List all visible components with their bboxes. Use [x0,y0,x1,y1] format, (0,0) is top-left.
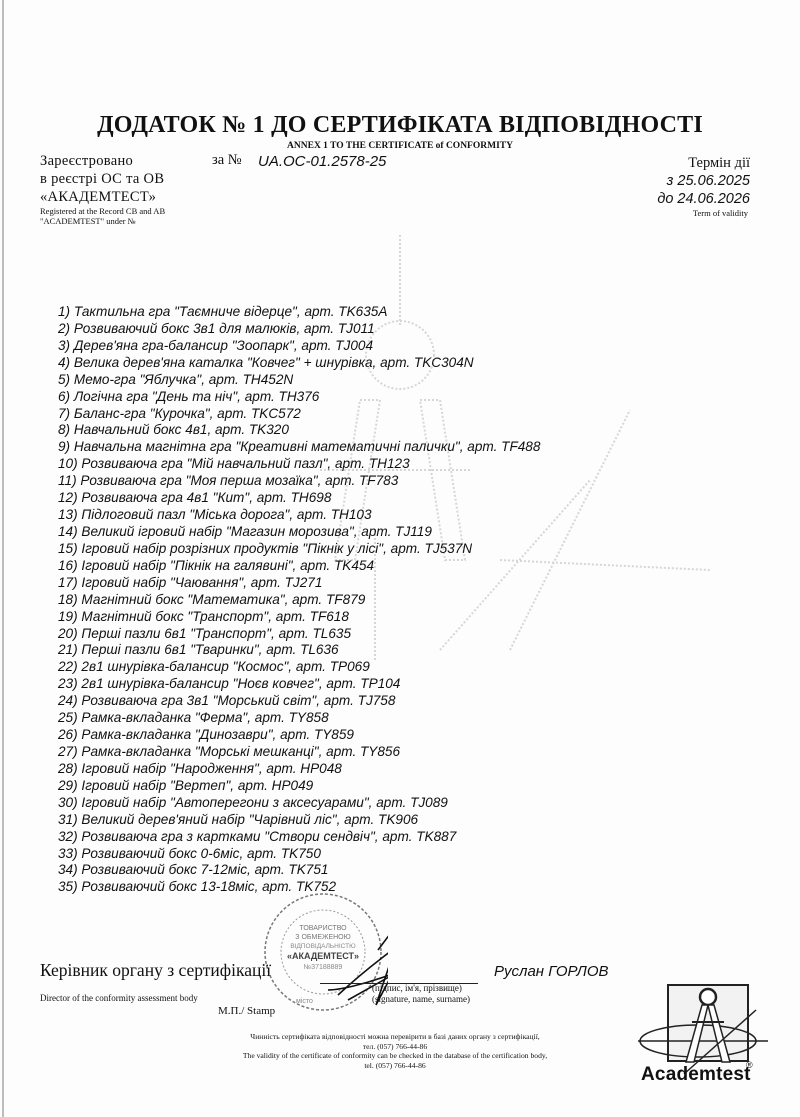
list-item: 13) Підлоговий пазл "Міська дорога", арт… [58,507,540,524]
validity-block: Термін дії з 25.06.2025 до 24.06.2026 Te… [657,154,750,218]
product-list: 1) Тактильна гра "Таємниче відерце", арт… [58,304,540,896]
document-title: ДОДАТОК № 1 ДО СЕРТИФІКАТА ВІДПОВІДНОСТІ [0,112,800,139]
footer-line-4: tel. (057) 766-44-86 [170,1061,620,1071]
validity-en-label: Term of validity [657,208,750,218]
signature-caption: (підпис, ім'я, прізвище) (signature, nam… [372,983,470,1005]
footer-notice: Чинність сертифіката відповідності можна… [170,1032,620,1071]
list-item: 14) Великий ігровий набір "Магазин мороз… [58,524,540,541]
list-item: 8) Навчальний бокс 4в1, арт. TK320 [58,422,540,439]
list-item: 23) 2в1 шнурівка-балансир "Ноєв ковчег",… [58,676,540,693]
certificate-number-label: за № [212,152,242,169]
svg-text:місто: місто [296,997,313,1005]
list-item: 31) Великий дерев'яний набір "Чарівний л… [58,812,540,829]
svg-text:З ОБМЕЖЕНОЮ: З ОБМЕЖЕНОЮ [295,934,350,941]
signature-caption-ua: (підпис, ім'я, прізвище) [372,983,470,994]
registered-line-2: в реєстрі ОС та ОВ [40,170,165,188]
list-item: 16) Ігровий набір "Пікнік на галявині", … [58,558,540,575]
list-item: 32) Розвиваюча гра з картками "Створи се… [58,829,540,846]
list-item: 3) Дерев'яна гра-балансир "Зоопарк", арт… [58,338,540,355]
logo-name: Academtest [641,1064,751,1086]
svg-text:ВІДПОВІДАЛЬНІСТЮ: ВІДПОВІДАЛЬНІСТЮ [290,943,356,950]
certificate-annex-page: ДОДАТОК № 1 ДО СЕРТИФІКАТА ВІДПОВІДНОСТІ… [0,0,800,1117]
validity-to: до 24.06.2026 [657,190,750,208]
document-subtitle: ANNEX 1 TO THE CERTIFICATE of CONFORMITY [0,141,800,151]
registered-en-line-1: Registered at the Record CB and AB [40,206,165,216]
list-item: 20) Перші пазли 6в1 "Транспорт", арт. TL… [58,626,540,643]
list-item: 22) 2в1 шнурівка-балансир "Космос", арт.… [58,659,540,676]
footer-line-1: Чинність сертифіката відповідності можна… [170,1032,620,1042]
signatory-name: Руслан ГОРЛОВ [494,963,609,980]
list-item: 2) Розвиваючий бокс 3в1 для малюків, арт… [58,321,540,338]
list-item: 27) Рамка-вкладанка "Морські мешканці", … [58,744,540,761]
certificate-number: UA.OC-01.2578-25 [258,153,386,170]
list-item: 28) Ігровий набір "Народження", арт. HP0… [58,761,540,778]
list-item: 7) Баланс-гра "Курочка", арт. TKC572 [58,406,540,423]
list-item: 29) Ігровий набір "Вертеп", арт. HP049 [58,778,540,795]
list-item: 30) Ігровий набір "Автоперегони з аксесу… [58,795,540,812]
signatory-role: Керівник органу з сертифікації [40,960,271,981]
registered-line-1: Зареєстровано [40,152,165,170]
list-item: 24) Розвиваюча гра 3в1 "Морський світ", … [58,693,540,710]
registered-mark: ® [746,1060,753,1070]
list-item: 21) Перші пазли 6в1 "Тваринки", арт. TL6… [58,642,540,659]
validity-from: з 25.06.2025 [657,172,750,190]
list-item: 18) Магнітний бокс "Математика", арт. TF… [58,592,540,609]
list-item: 1) Тактильна гра "Таємниче відерце", арт… [58,304,540,321]
registration-block: Зареєстровано в реєстрі ОС та ОВ «АКАДЕМ… [40,152,165,226]
svg-text:№37188889: №37188889 [304,964,343,971]
list-item: 9) Навчальна магнітна гра "Креативні мат… [58,439,540,456]
list-item: 10) Розвиваюча гра "Мій навчальний пазл"… [58,456,540,473]
svg-text:«АКАДЕМТЕСТ»: «АКАДЕМТЕСТ» [287,951,359,961]
signature-caption-en: (signature, name, surname) [372,994,470,1005]
registered-en-line-2: "ACADEMTEST" under № [40,216,165,226]
list-item: 25) Рамка-вкладанка "Ферма", арт. TY858 [58,710,540,727]
validity-label: Термін дії [657,154,750,172]
signatory-role-en: Director of the conformity assessment bo… [40,993,198,1003]
list-item: 26) Рамка-вкладанка "Динозаври", арт. TY… [58,727,540,744]
list-item: 35) Розвиваючий бокс 13-18міс, арт. TK75… [58,879,540,896]
list-item: 5) Мемо-гра "Яблучка", арт. TH452N [58,372,540,389]
registered-line-3: «АКАДЕМТЕСТ» [40,188,165,206]
list-item: 19) Магнітний бокс "Транспорт", арт. TF6… [58,609,540,626]
list-item: 17) Ігровий набір "Чаювання", арт. TJ271 [58,575,540,592]
footer-line-2: тел. (057) 766-44-86 [170,1042,620,1052]
stamp-label: М.П./ Stamp [218,1005,275,1017]
list-item: 33) Розвиваючий бокс 0-6міс, арт. TK750 [58,846,540,863]
list-item: 4) Велика дерев'яна каталка "Ковчег" + ш… [58,355,540,372]
svg-text:ТОВАРИСТВО: ТОВАРИСТВО [299,925,347,932]
list-item: 15) Ігровий набір розрізних продуктів "П… [58,541,540,558]
footer-line-3: The validity of the certificate of confo… [170,1051,620,1061]
academtest-logo-icon [636,970,768,1108]
list-item: 6) Логічна гра "День та ніч", арт. TH376 [58,389,540,406]
scan-edge [2,0,4,1117]
list-item: 34) Розвиваючий бокс 7-12міс, арт. TK751 [58,862,540,879]
list-item: 11) Розвиваюча гра "Моя перша мозаїка", … [58,473,540,490]
list-item: 12) Розвиваюча гра 4в1 "Кит", арт. TH698 [58,490,540,507]
official-stamp-icon: ТОВАРИСТВО З ОБМЕЖЕНОЮ ВІДПОВІДАЛЬНІСТЮ … [258,890,388,1020]
